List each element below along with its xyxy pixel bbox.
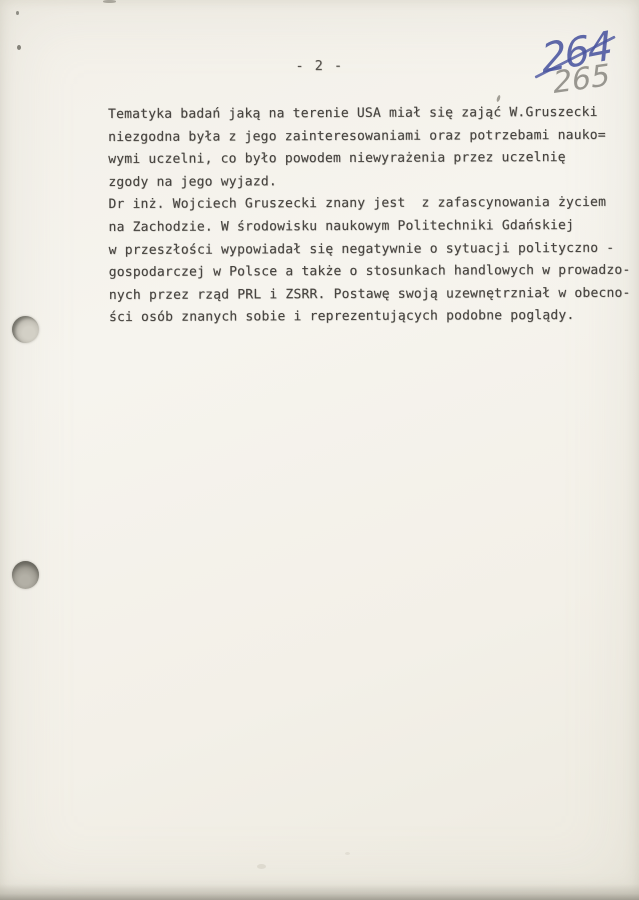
typed-line: wymi uczelni, co było powodem niewyrażen… <box>108 147 630 172</box>
typed-line: ści osób znanych sobie i reprezentującyc… <box>109 305 631 330</box>
page-edge-shadow <box>0 884 639 900</box>
punch-hole <box>12 561 39 589</box>
typed-text-block: Tematyka badań jaką na terenie USA miał … <box>108 102 631 330</box>
paper-speck <box>16 11 19 15</box>
typed-line: Dr inż. Wojciech Gruszecki znany jest z … <box>108 192 630 217</box>
paper-speck <box>496 95 501 103</box>
paper-speck <box>103 0 116 3</box>
paper-speck <box>257 864 266 869</box>
paragraph-2: Dr inż. Wojciech Gruszecki znany jest z … <box>108 192 630 330</box>
typed-line: nych przez rząd PRL i ZSRR. Postawę swoj… <box>109 282 631 307</box>
typed-line: niezgodna była z jego zainteresowaniami … <box>108 124 630 149</box>
scanned-document-page: - 2 - 264 265 Tematyka badań jaką na ter… <box>0 0 639 900</box>
typed-line: zgody na jego wyjazd. <box>108 170 630 195</box>
paper-speck <box>345 852 350 855</box>
handwritten-number: 265 <box>552 61 611 99</box>
typed-line: na Zachodzie. W środowisku naukowym Poli… <box>108 215 630 240</box>
paper-speck <box>17 45 21 50</box>
typed-line: gospodarczej w Polsce a także o stosunka… <box>109 260 631 285</box>
typed-line: Tematyka badań jaką na terenie USA miał … <box>108 102 630 127</box>
paragraph-1: Tematyka badań jaką na terenie USA miał … <box>108 102 630 195</box>
typed-line: w przeszłości wypowiadał się negatywnie … <box>109 237 631 262</box>
punch-hole <box>12 316 39 343</box>
